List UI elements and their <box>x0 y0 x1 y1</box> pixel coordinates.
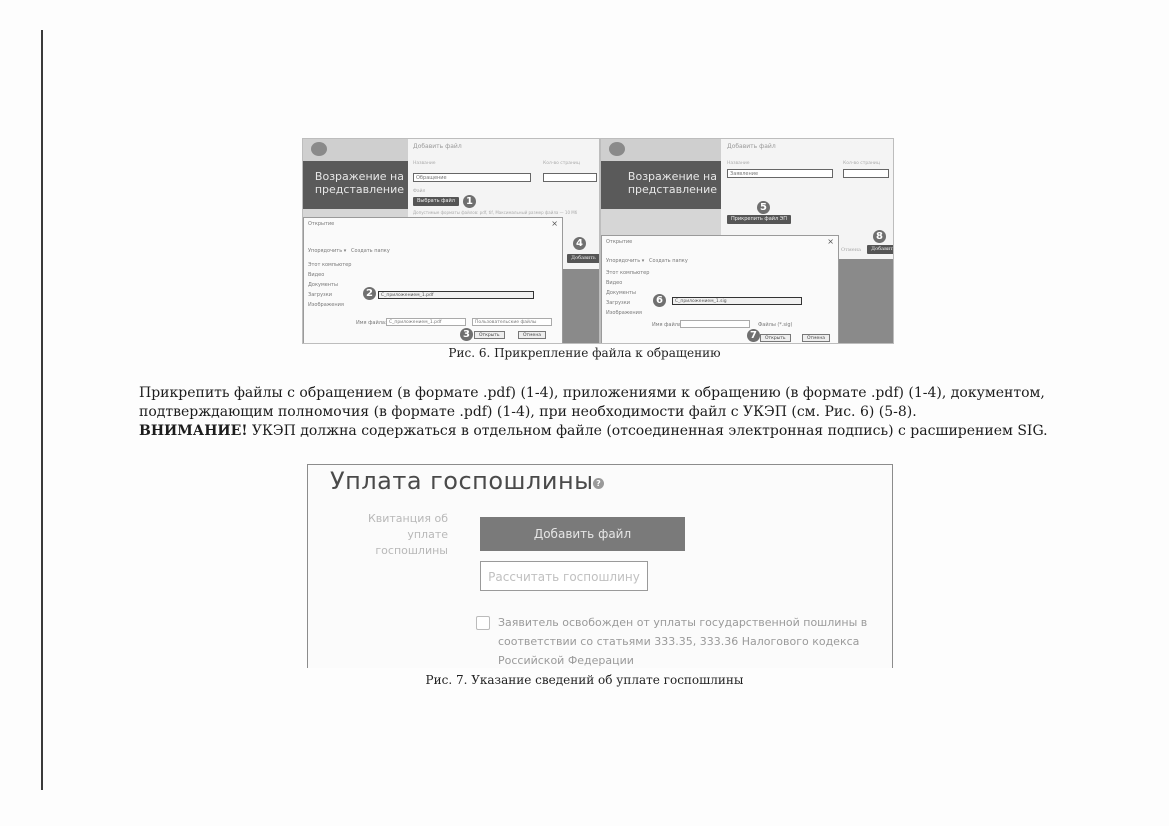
form-title: Добавить файл <box>413 143 462 150</box>
step-marker-8: 8 <box>873 230 886 243</box>
new-folder-button[interactable]: Создать папку <box>351 248 390 254</box>
open-file-dialog: Открытие × Упорядочить ▾ Создать папку Э… <box>303 217 563 344</box>
sidebar-item-computer[interactable]: Этот компьютер <box>308 262 351 268</box>
step-marker-3: 3 <box>460 328 473 341</box>
selected-file-row[interactable]: С_приложением_1.pdf <box>378 291 534 299</box>
dialog-title: Открытие <box>606 239 632 245</box>
name-label: Название <box>727 161 750 166</box>
logo-area <box>303 139 408 161</box>
warning-text: УКЭП должна содержаться в отдельном файл… <box>247 423 1047 439</box>
section-title: Уплата госпошлины <box>330 467 594 495</box>
sidebar-item-images[interactable]: Изображения <box>308 302 344 308</box>
warning-paragraph: ВНИМАНИЕ! УКЭП должна содержаться в отде… <box>139 422 1089 441</box>
filename-label: Имя файла: <box>652 322 683 328</box>
name-label: Название <box>413 161 436 166</box>
organize-menu[interactable]: Упорядочить ▾ Создать папку <box>308 248 390 254</box>
receipt-label: Квитанция об уплате госпошлины <box>358 511 448 559</box>
figure-6-right-screenshot: Возражение на представление Добавить фай… <box>600 138 894 344</box>
add-file-button[interactable]: Добавить файл <box>480 517 685 551</box>
exemption-label: Заявитель освобожден от уплаты государст… <box>498 613 888 668</box>
pages-field[interactable] <box>843 169 889 178</box>
add-file-form: Добавить файл Название Заявление Кол-во … <box>725 139 893 219</box>
close-icon[interactable]: × <box>827 237 834 246</box>
calculate-fee-button[interactable]: Рассчитать госпошлину <box>480 561 648 591</box>
add-button[interactable]: Добавить <box>867 245 894 254</box>
step-marker-6: 6 <box>653 294 666 307</box>
emblem-icon <box>311 142 327 156</box>
form-title: Добавить файл <box>727 143 776 150</box>
cancel-button[interactable]: Отмена <box>518 331 546 339</box>
sidebar-item-computer[interactable]: Этот компьютер <box>606 270 649 276</box>
filename-label: Имя файла: <box>356 320 387 326</box>
sidebar-item-video[interactable]: Видео <box>606 280 622 286</box>
background-page-area <box>563 269 600 344</box>
step-marker-2: 2 <box>363 287 376 300</box>
new-folder-button[interactable]: Создать папку <box>649 258 688 264</box>
name-field[interactable]: Заявление <box>727 169 833 178</box>
step-marker-4: 4 <box>573 237 586 250</box>
banner-title: Возражение на представление <box>303 161 408 209</box>
organize-menu[interactable]: Упорядочить ▾ Создать папку <box>606 258 688 264</box>
pages-label: Кол-во страниц <box>843 161 880 166</box>
figure-6-left-screenshot: Возражение на представление Добавить фай… <box>302 138 600 344</box>
filetype-select[interactable]: Пользовательские файлы <box>472 318 552 326</box>
cancel-button[interactable]: Отмена <box>802 334 830 342</box>
step-marker-5: 5 <box>757 201 770 214</box>
choose-file-button[interactable]: Выбрать файл <box>413 197 459 206</box>
sidebar-item-documents[interactable]: Документы <box>308 282 338 288</box>
organize-label: Упорядочить ▾ <box>606 258 644 264</box>
exemption-checkbox[interactable] <box>476 616 490 630</box>
filename-input[interactable] <box>680 320 750 328</box>
selected-file-row[interactable]: С_приложением_1.sig <box>672 297 802 305</box>
pages-field[interactable] <box>543 173 597 182</box>
name-field[interactable]: Обращение <box>413 173 531 182</box>
instructions-text: Прикрепить файлы с обращением (в формате… <box>139 384 1089 441</box>
sidebar-item-downloads[interactable]: Загрузки <box>606 300 630 306</box>
add-file-form: Добавить файл Название Обращение Кол-во … <box>411 139 599 219</box>
add-button[interactable]: Добавить <box>567 254 600 263</box>
step-marker-1: 1 <box>463 195 476 208</box>
sidebar-item-images[interactable]: Изображения <box>606 310 642 316</box>
file-hint: Допустимые форматы файлов: pdf, tif, Мак… <box>413 210 577 215</box>
attach-signature-button[interactable]: Прикрепить файл ЭП <box>727 215 791 224</box>
step-marker-7: 7 <box>747 329 760 342</box>
cancel-link[interactable]: Отмена <box>841 247 861 253</box>
close-icon[interactable]: × <box>551 219 558 228</box>
pages-label: Кол-во страниц <box>543 161 580 166</box>
help-icon[interactable]: ? <box>593 478 604 489</box>
file-label: Файл <box>413 189 425 194</box>
filetype-select[interactable]: Файлы (*.sig) <box>758 322 793 328</box>
warning-label: ВНИМАНИЕ! <box>139 423 247 439</box>
dialog-title: Открытие <box>308 221 334 227</box>
sidebar-item-downloads[interactable]: Загрузки <box>308 292 332 298</box>
filename-input[interactable]: С_приложением_1.pdf <box>386 318 466 326</box>
logo-area <box>601 139 721 161</box>
figure-6: Возражение на представление Добавить фай… <box>302 138 894 344</box>
organize-label: Упорядочить ▾ <box>308 248 346 254</box>
background-page-area <box>839 259 894 344</box>
figure-6-caption: Рис. 6. Прикрепление файла к обращению <box>0 346 1169 360</box>
figure-7-screenshot: Уплата госпошлины ? Квитанция об уплате … <box>307 464 893 668</box>
open-file-dialog: Открытие × Упорядочить ▾ Создать папку Э… <box>601 235 839 344</box>
figure-7-caption: Рис. 7. Указание сведений об уплате госп… <box>0 673 1169 687</box>
open-button[interactable]: Открыть <box>474 331 505 339</box>
open-button[interactable]: Открыть <box>760 334 791 342</box>
sidebar-item-documents[interactable]: Документы <box>606 290 636 296</box>
banner-title: Возражение на представление <box>601 161 721 209</box>
emblem-icon <box>609 142 625 156</box>
sidebar-item-video[interactable]: Видео <box>308 272 324 278</box>
instructions-paragraph: Прикрепить файлы с обращением (в формате… <box>139 384 1089 422</box>
